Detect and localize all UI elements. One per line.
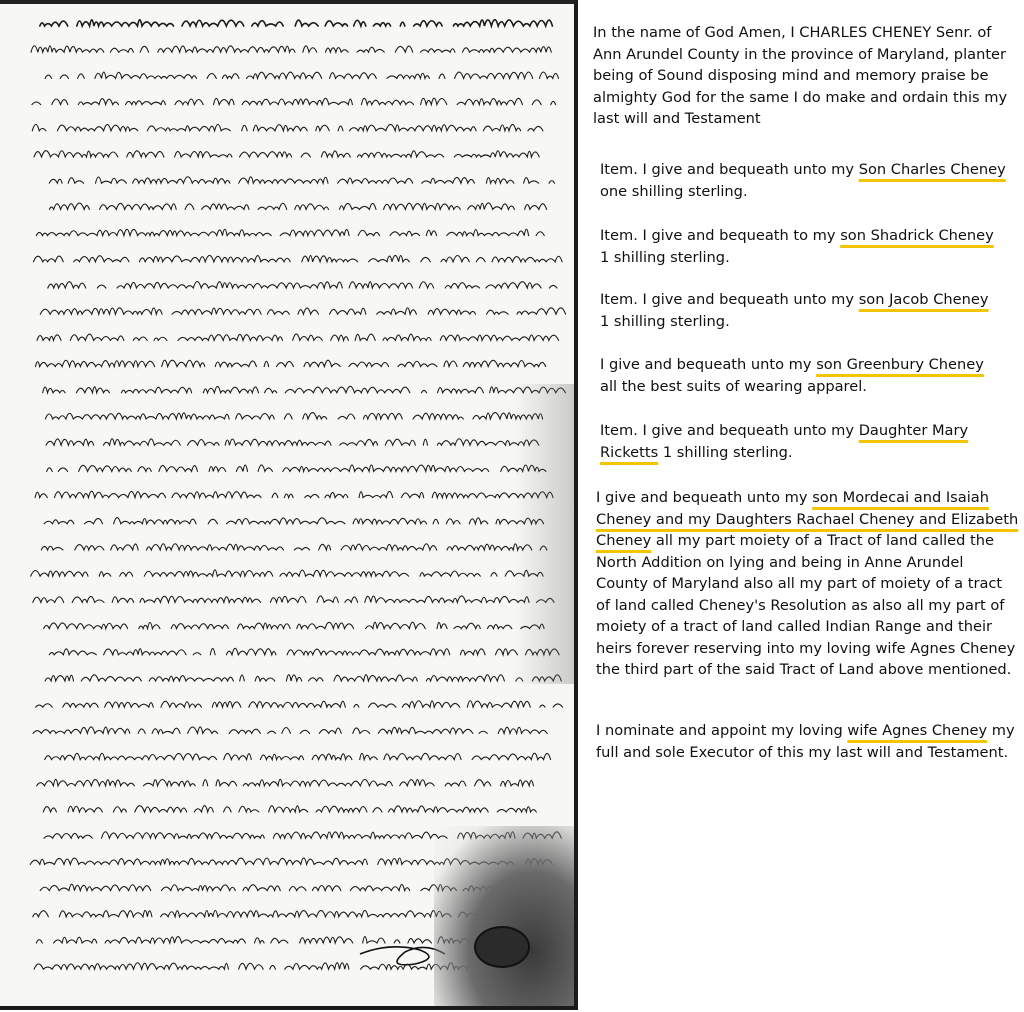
manuscript-scan bbox=[0, 0, 578, 1010]
executor-appointment: I nominate and appoint my loving wife Ag… bbox=[596, 720, 1020, 763]
bequest-mary: Item. I give and bequeath unto my Daught… bbox=[600, 420, 995, 463]
scan-shadow bbox=[514, 384, 574, 684]
intro-paragraph: In the name of God Amen, I CHARLES CHENE… bbox=[593, 22, 1013, 130]
scan-stain bbox=[434, 826, 574, 1006]
wax-seal-icon bbox=[474, 926, 530, 968]
bequest-charles: Item. I give and bequeath unto my Son Ch… bbox=[600, 159, 1024, 202]
bequest-jacob: Item. I give and bequeath unto my son Ja… bbox=[600, 289, 1024, 332]
bequest-shadrick: Item. I give and bequeath to my son Shad… bbox=[600, 225, 1024, 268]
heir-name: wife Agnes Cheney bbox=[847, 722, 987, 739]
heir-name: son Greenbury Cheney bbox=[816, 356, 984, 373]
bequest-land: I give and bequeath unto my son Mordecai… bbox=[596, 487, 1020, 681]
heir-name: Son Charles Cheney bbox=[859, 161, 1006, 178]
bequest-greenbury: I give and bequeath unto my son Greenbur… bbox=[600, 354, 1024, 397]
heir-name: son Shadrick Cheney bbox=[840, 227, 994, 244]
heir-name: son Jacob Cheney bbox=[859, 291, 989, 308]
